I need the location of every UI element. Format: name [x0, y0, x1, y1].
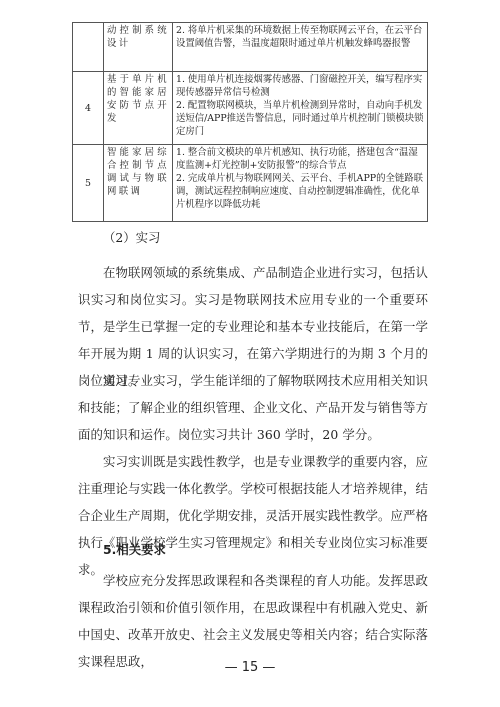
row-number — [73, 23, 104, 72]
table-row: 5 智能家居综合控制节点调试与物联网联调 1. 整合前文模块的单片机感知、执行功… — [73, 145, 428, 222]
desc-item: 2. 配置物联网模块，当单片机检测到异常时，自动向手机发送短信/APP推送告警信… — [176, 99, 424, 138]
table-row: 动控制系统设计 2. 将单片机采集的环境数据上传至物联网云平台，在云平台设置阈值… — [73, 23, 428, 72]
project-name: 智能家居综合控制节点调试与物联网联调 — [104, 145, 173, 222]
project-desc: 1. 整合前文模块的单片机感知、执行功能，搭建包含“温湿度监测+灯光控制+安防报… — [173, 145, 428, 222]
row-number: 5 — [73, 145, 104, 222]
paragraph: 通过专业实习，学生能详细的了解物联网技术应用相关知识和技能；了解企业的组织管理、… — [78, 367, 428, 448]
table-row: 4 基于单片机的智能家居安防节点开发 1. 使用单片机连接烟雾传感器、门窗磁控开… — [73, 72, 428, 145]
project-desc: 1. 使用单片机连接烟雾传感器、门窗磁控开关，编写程序实现传感器异常信号检测 2… — [173, 72, 428, 145]
desc-item: 1. 整合前文模块的单片机感知、执行功能，搭建包含“温湿度监测+灯光控制+安防报… — [176, 146, 424, 172]
section-heading-requirements: 5.相关要求 — [103, 540, 166, 558]
section-title-internship: （2）实习 — [103, 228, 160, 246]
row-number: 4 — [73, 72, 104, 145]
project-name: 基于单片机的智能家居安防节点开发 — [104, 72, 173, 145]
project-name: 动控制系统设计 — [104, 23, 173, 72]
desc-item: 1. 使用单片机连接烟雾传感器、门窗磁控开关，编写程序实现传感器异常信号检测 — [176, 73, 424, 99]
page-number: — 15 — — [0, 660, 500, 675]
desc-item: 2. 完成单片机与物联网网关、云平台、手机APP的全链路联调，测试远程控制响应速… — [176, 172, 424, 211]
desc-item: 2. 将单片机采集的环境数据上传至物联网云平台，在云平台设置阈值告警，当温度超限… — [176, 24, 424, 50]
project-desc: 2. 将单片机采集的环境数据上传至物联网云平台，在云平台设置阈值告警，当温度超限… — [173, 23, 428, 72]
paragraph: 实习实训既是实践性教学，也是专业课教学的重要内容，应注重理论与实践一体化教学。学… — [78, 448, 428, 583]
paragraph: 学校应充分发挥思政课程和各类课程的育人功能。发挥思政课程政治引领和价值引领作用，… — [78, 567, 428, 675]
course-table: 动控制系统设计 2. 将单片机采集的环境数据上传至物联网云平台，在云平台设置阈值… — [72, 22, 428, 222]
